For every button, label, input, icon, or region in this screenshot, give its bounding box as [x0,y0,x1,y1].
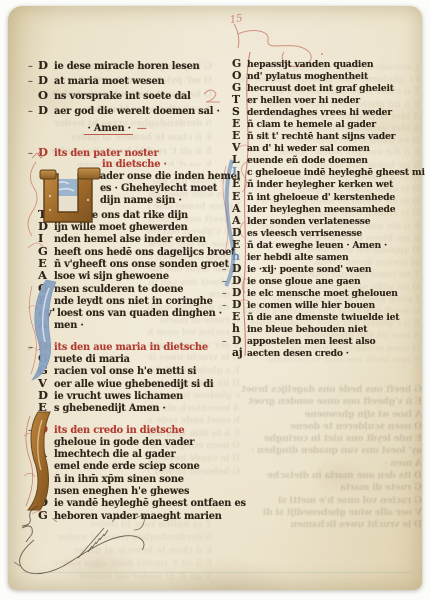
text-line: Eñ in ihm̄ xp̄m sinen sone [28,472,220,484]
rubric-line: –Dits den pater noster [28,146,220,158]
text-line: –Die dese miracle horen lesen [28,58,220,73]
text-line: Ons vorsprake int soete dal [28,88,220,103]
text-line: hine bleue behouden niet [222,323,424,335]
text-line: hemel ende erde sciep scone [28,459,220,471]
line-text: ader onse die inden hemel [98,171,240,182]
text-line: dijn name sijn · [28,195,220,207]
text-line: Eñ int gheloeue d' kerstenhede [222,191,424,203]
line-text: ñ die ane dmenste twiuelde iet [245,312,399,323]
line-initial: h [232,251,245,263]
text-line: Onsen eneghen h'e ghewes [28,484,220,496]
text-line: Dijn wille moet ghewerden [28,220,220,232]
show-through-line: V oer alle wiue ghebenedijt si di [230,507,422,519]
line-initial: E [232,191,245,203]
line-text: · Amen · [84,123,133,135]
line-initial: O [38,88,52,103]
line-text: c gheloeue indē heyleghē gheest mi [245,167,425,178]
text-line: cgheloue in gode den vader [28,435,220,447]
right-text-column: Ghepassijt vanden quadienOnd' pylatus mo… [222,58,424,359]
line-initial: G [38,364,52,376]
show-through-line: ay' loest ons van quaden dinghen · [230,445,422,457]
text-line: Eñ v'gheeft ons onse sonden groet [28,257,220,269]
line-filler-mark: – [28,74,38,89]
line-text: hecruust doet int graf gheleit [245,83,394,94]
text-line: Leuende eñ dode doemen [222,154,424,166]
line-text: aer god die werelt doemen sal · [52,106,220,117]
line-initial: E [232,239,245,251]
text-line: Ic gheloeue indē heyleghē gheest mi [222,166,424,178]
line-text: ie onse gloue ane gaen [245,276,361,287]
text-line: es · Gheheylecht moet [28,183,220,195]
text-line: –Dat maria moet wesen [28,73,220,88]
line-initial: A [232,203,245,215]
line-text: emel ende erde sciep scone [52,461,200,472]
text-line: –Dappostelen men leest also [222,335,424,347]
line-text: s ghebenedijt Amen · [52,403,166,414]
text-line: Die vandē heyleghē gheest ontfaen es [28,496,220,508]
text-line: Eñ dat eweghe leuen · Amen · [222,239,424,251]
text-line: Ghepassijt vanden quadien [222,58,424,70]
text-line: Eñ sit t' rechtē hant sijns vader [222,130,424,142]
text-line: Amen · [28,318,220,330]
line-initial: D [38,58,52,73]
text-line: Eñ die ane dmenste twiuelde iet [222,311,424,323]
line-text: ier hebdi alte samen [245,252,349,263]
show-through-line: A men · [230,458,422,470]
line-text: er hellen voer hi neder [245,95,360,106]
show-through-line: G racien vol onse h'e metti si [230,495,422,507]
line-initial: A [232,215,245,227]
line-initial: G [38,509,52,521]
rubric-line: –Dits den aue maria in dietsche [28,340,220,352]
line-text: its den pater noster [52,148,158,159]
line-initial: I [38,232,52,244]
text-line: Ende leydt ons niet in coringhe [28,294,220,306]
line-text: ñ int gheloeue d' kerstenhede [245,192,395,203]
text-line: –Die onse gloue ane gaen [222,275,424,287]
line-text: at maria moet wesen [52,76,164,87]
line-filler-mark: – [28,59,38,74]
line-filler-mark: – [28,148,38,160]
line-initial: E [38,401,52,413]
text-line: Ter hellen voer hi neder [222,94,424,106]
line-text: an d' hi weder sal comen [245,143,370,154]
text-line: Des vleesch verrisenesse [222,227,424,239]
folio-annotation: 15 [229,13,243,26]
text-line: Alder heyleghen meensamhede [222,203,424,215]
text-line: Inden hemel alse inder erden [28,232,220,244]
text-line: Eñ clam te hemele al gader [222,118,424,130]
line-text: hepassijt vanden quadien [245,59,373,70]
text-line: ay'loest ons van quaden dinghen · [28,306,220,318]
line-text: ine bleue behouden niet [245,324,367,335]
line-text: es · Gheheylecht moet [98,183,217,194]
line-text: ie dese miracle horen lesen [52,61,200,72]
line-text: lsoe wi sijn ghewoene [52,271,169,282]
amen-line: · Amen ·— [28,123,202,135]
text-line: Gheeft ons hedē ons dagelijcs broet [28,245,220,257]
line-text: euende eñ dode doemen [245,155,368,166]
show-through-line: G heeft ons hedē ons dagelijcs broet [230,384,422,396]
show-through-line: E ñ clam te hemele al gader [32,544,212,557]
line-initial: E [232,178,245,190]
show-through-text: T er hellen voer hi nederS derdendaghes … [32,518,212,584]
text-line: Van d' hi weder sal comen [222,142,424,154]
line-text: ñ clam te hemele al gader [245,119,376,130]
text-line: Onsen sculderen te doene [28,282,220,294]
line-text: ie comen wille hier bouen [245,300,375,311]
line-initial: D [38,103,52,118]
text-line: Toe come ons dat rike dijn [28,208,220,220]
line-text: dijn name sijn · [98,195,182,206]
left-text-column: –Die dese miracle horen lesen–Dat maria … [28,58,220,521]
text-line: –Die comen wille hier bouen [222,299,424,311]
line-initial: O [38,282,52,294]
line-text: ns vorsprake int soete dal [52,91,191,102]
show-through-line: E ñ v'gheeft ons onse sonden groet [230,396,422,408]
text-line: Ond' pylatus moghentheit [222,70,424,82]
bottom-ruling-line [22,572,412,573]
text-line: Ghecruust doet int graf gheleit [222,82,424,94]
show-through-line: S derdendaghes vrees hi weder [32,531,212,544]
line-initial: D [38,146,52,158]
show-through-line: D its den aue maria in dietsche [230,470,422,482]
line-text: appostelen men leest also [245,336,375,347]
line-initial: D [38,496,52,508]
rubric-line: in dietsche · [28,159,220,171]
text-line: ader onse die inden hemel [28,171,220,183]
show-through-line: E nde leydt ons niet in coringhe [230,433,422,445]
rubric-line: –Dits den credo in dietsche [28,423,220,435]
text-line: –Daer god die werelt doemen sal · [28,103,220,118]
line-text: aecten desen credo · [245,348,349,359]
scanned-page: G hepassijt vanden quadienO nd' pylatus … [0,0,430,600]
line-initial: h [38,459,52,471]
text-line: Die vrucht uwes lichamen [28,389,220,401]
line-text: heboren vander maeght marien [52,511,222,522]
text-line: Almechtech die al gader [28,447,220,459]
text-line: Gruete di maria [28,352,220,364]
amen-dash: — [133,123,147,134]
line-filler-mark: – [28,104,38,119]
text-line: Eñ inder heylegher kerken wet [222,178,424,190]
text-line: Es ghebenedijt Amen · [28,401,220,413]
show-through-line: E ñ sit t' rechtē hant sijns vader [32,557,212,570]
text-line: –Die elc mensche moet ghelouen [222,287,424,299]
line-initial: D [232,227,245,239]
line-text: nden hemel alse inder erden [52,234,206,245]
line-text: ñ sit t' rechtē hant sijns vader [245,131,395,142]
text-line: ajaecten desen credo · [222,347,424,359]
show-through-line: G ruete di maria [230,482,422,494]
show-through-line: O nsen sculderen te doene [230,421,422,433]
text-line: Alder sonden verlatenesse [222,215,424,227]
line-text: lder heyleghen meensamhede [245,204,395,215]
text-line: Voer alle wiue ghebenedijt si di [28,377,220,389]
line-text: ñ inder heylegher kerken wet [245,179,393,190]
line-text: lder sonden verlatenesse [245,216,370,227]
manuscript-page: G hepassijt vanden quadienO nd' pylatus … [8,6,422,590]
text-line: Gheboren vander maeght marien [28,509,220,521]
show-through-line: A lsoe wi sijn ghewoene [230,409,422,421]
line-text: es vleesch verrisenesse [245,228,362,239]
line-text: nd' pylatus moghentheit [245,71,368,82]
line-text: in dietsche · [100,159,167,170]
line-text: ie elc mensche moet ghelouen [245,288,398,299]
show-through-line: D ie vrucht uwes lichamen [230,519,422,530]
line-text: ie vandē heyleghē gheest ontfaen es [52,498,246,509]
line-initial: A [38,269,52,281]
text-line: hier hebdi alte samen [222,251,424,263]
show-through-text: G heeft ons hedē ons dagelijcs broetE ñ … [230,384,422,530]
line-text: its den credo in dietsche [52,425,184,436]
line-text: ie ·xij· poente sond' waen [245,264,371,275]
line-initial: A [38,318,52,330]
line-text: racien vol onse h'e metti si [52,366,196,377]
line-text: ñ dat eweghe leuen · Amen · [245,240,387,251]
line-initial: D [38,73,52,88]
text-line: Sderdendaghes vrees hi weder [222,106,424,118]
text-line: Alsoe wi sijn ghewoene [28,269,220,281]
line-initial: D [38,423,52,435]
line-text: men · [52,320,84,331]
line-text: derdendaghes vrees hi weder [245,107,392,118]
text-line: –Die ·xij· poente sond' waen [222,263,424,275]
line-text: nsen sculderen te doene [52,284,183,295]
line-initial: aj [232,347,245,359]
line-text: oer alle wiue ghebenedijt si di [52,379,213,390]
text-line: Gracien vol onse h'e metti si [28,364,220,376]
